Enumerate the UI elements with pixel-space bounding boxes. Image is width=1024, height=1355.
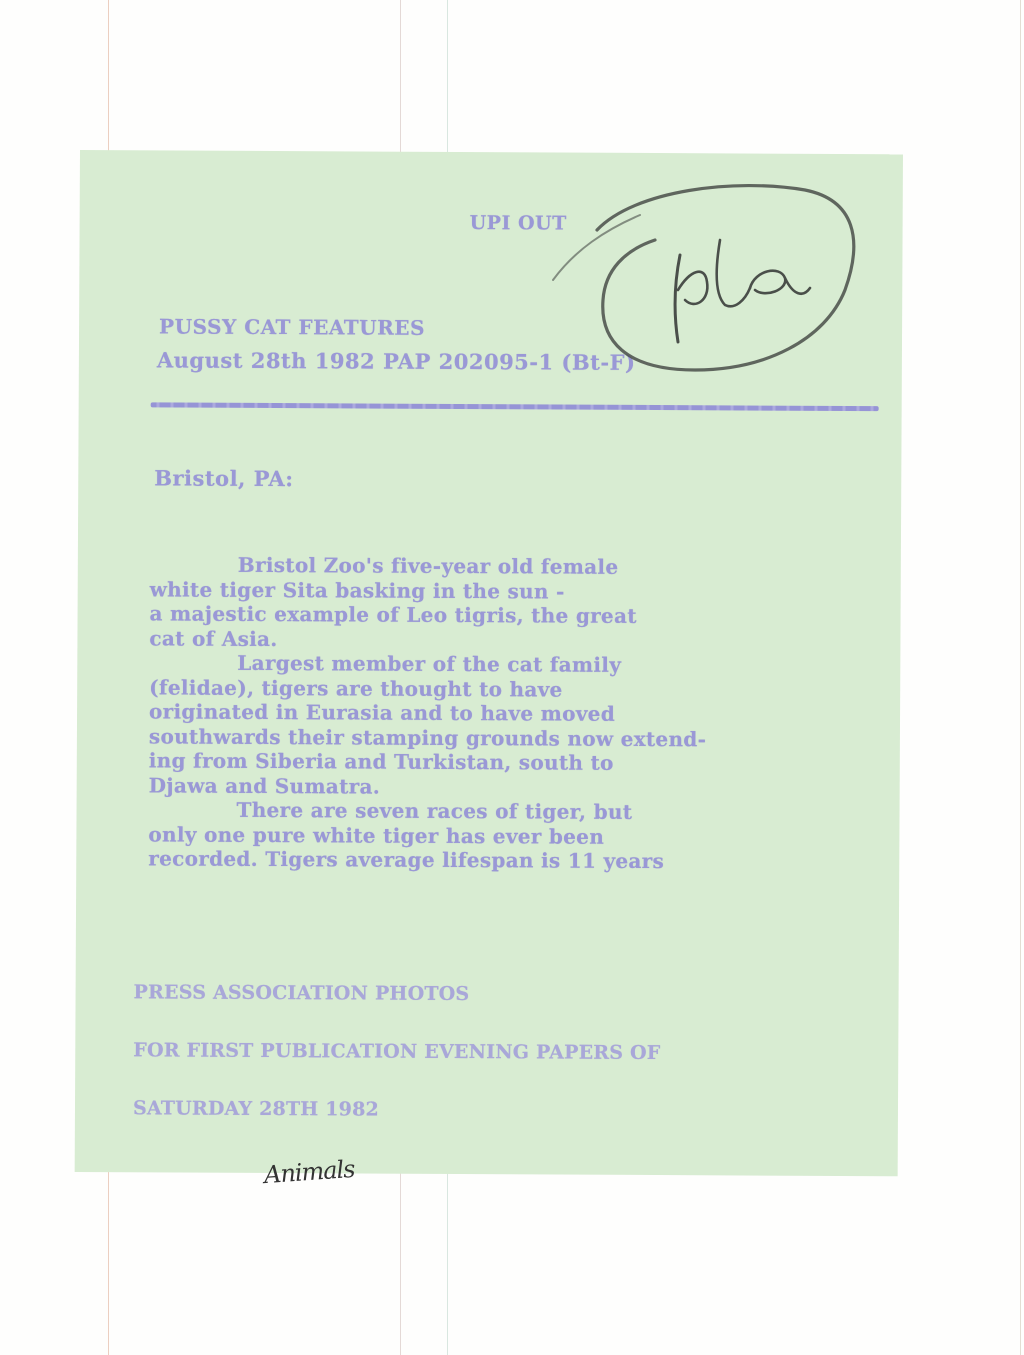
- caption-body-line: Bristol Zoo's five-year old female: [150, 552, 910, 580]
- caption-body: Bristol Zoo's five-year old femalewhite …: [148, 552, 910, 874]
- pencil-file-annotation-icon: [545, 170, 865, 380]
- feature-title: PUSSY CAT FEATURES: [159, 314, 425, 339]
- typed-divider-rule: [151, 402, 879, 411]
- agency-credit: PRESS ASSOCIATION PHOTOS: [134, 982, 661, 1005]
- caption-body-line: recorded. Tigers average lifespan is 11 …: [148, 846, 908, 874]
- caption-body-line: Largest member of the cat family: [149, 650, 909, 678]
- caption-body-line: There are seven races of tiger, but: [148, 797, 908, 825]
- caption-footer: PRESS ASSOCIATION PHOTOS FOR FIRST PUBLI…: [133, 982, 661, 1159]
- release-notice: FOR FIRST PUBLICATION EVENING PAPERS OF: [133, 1040, 660, 1063]
- place-line: Bristol, PA:: [154, 465, 293, 491]
- caption-body-line: a majestic example of Leo tigris, the gr…: [150, 601, 910, 629]
- release-date: SATURDAY 28TH 1982: [133, 1098, 660, 1121]
- handwritten-category-note: Animals: [263, 1155, 355, 1189]
- scan-edge-line: [1020, 0, 1021, 1355]
- caption-body-line: ing from Siberia and Turkistan, south to: [149, 748, 909, 776]
- caption-body-line: originated in Eurasia and to have moved: [149, 699, 909, 727]
